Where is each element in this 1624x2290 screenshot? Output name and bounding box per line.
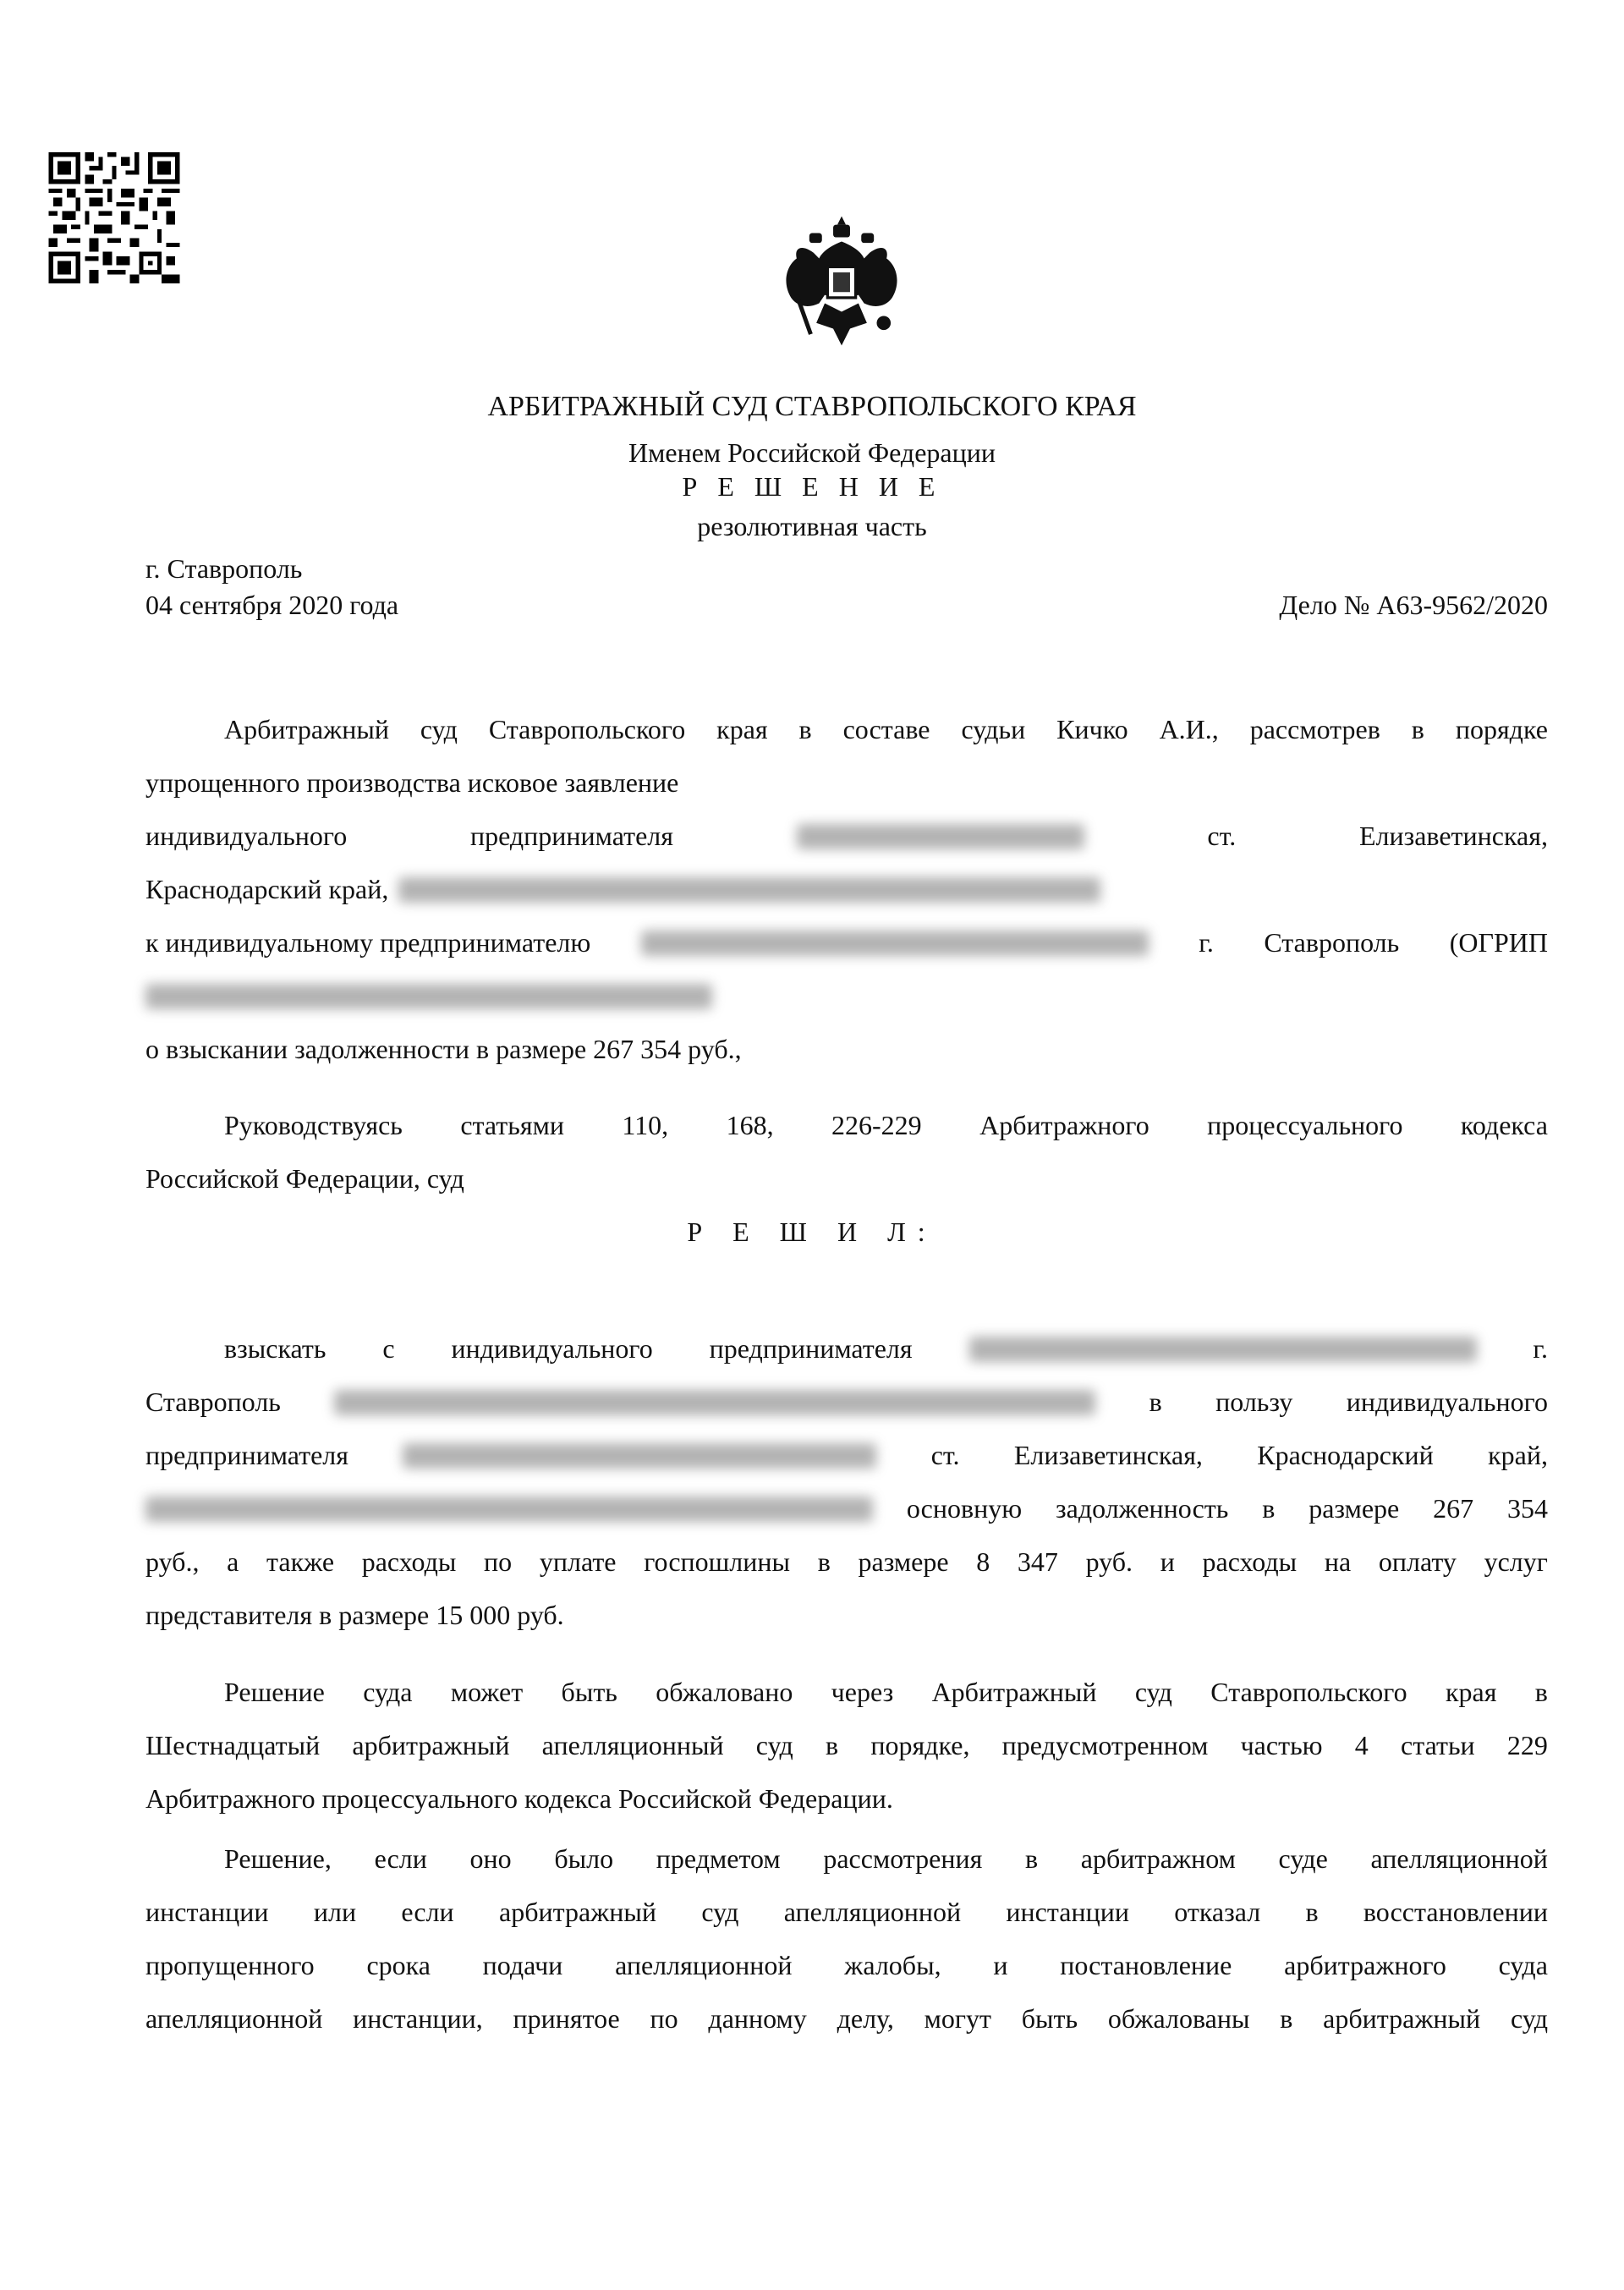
word: апелляционной (1370, 1832, 1547, 1886)
intro-line-5: к индивидуальному предпринимателю г. Ста… (145, 916, 1548, 969)
word: принятое (513, 1992, 619, 2046)
word: и (993, 1939, 1007, 1992)
russian-coat-of-arms-icon (771, 210, 912, 352)
word: арбитражный (1323, 1992, 1480, 2046)
text: предпринимателя (470, 810, 673, 863)
word: апелляционной (145, 1992, 322, 2046)
word: 226-229 (831, 1099, 922, 1152)
redacted-claimant-ids (398, 877, 1100, 903)
intro-line-2: упрощенного производства исковое заявлен… (145, 756, 1548, 810)
word: оплату (1379, 1535, 1457, 1589)
text: в (1262, 1482, 1275, 1535)
cassation-line-2: инстанцииилиеслиарбитражныйсудапелляцион… (145, 1886, 1548, 1939)
word: делу, (837, 1992, 894, 2046)
word: инстанции (1006, 1886, 1129, 1939)
text: представителя в размере 15 000 руб. (145, 1589, 564, 1642)
word: суда (1499, 1939, 1548, 1992)
text: к индивидуальному предпринимателю (145, 916, 590, 969)
ruling-line-6: представителя в размере 15 000 руб. (145, 1589, 1548, 1642)
text: Елизаветинская, (1359, 810, 1548, 863)
qr-code-icon (47, 152, 182, 283)
word: порядке, (870, 1719, 969, 1772)
word: инстанции, (353, 1992, 483, 2046)
word: в (1412, 703, 1424, 756)
cassation-line-4: апелляционнойинстанции,принятоеподанному… (145, 1992, 1548, 2046)
word: процессуального (1207, 1099, 1402, 1152)
word: арбитражный (352, 1719, 509, 1772)
word: если (401, 1886, 453, 1939)
ruling-line-3: предпринимателя ст. Елизаветинская, Крас… (145, 1429, 1548, 1482)
word: арбитражный (499, 1886, 656, 1939)
redacted-claimant-name (797, 824, 1084, 849)
appeal-paragraph: РешениесудаможетбытьобжалованочерезАрбит… (145, 1666, 1548, 1826)
appeal-line-3: Арбитражного процессуального кодекса Рос… (145, 1772, 1548, 1826)
redacted-defendant-ids (145, 984, 712, 1009)
word: или (314, 1886, 356, 1939)
word: по (650, 1992, 678, 2046)
word: суд (701, 1886, 738, 1939)
appeal-line-1: РешениесудаможетбытьобжалованочерезАрбит… (145, 1666, 1548, 1719)
word: арбитражного (1284, 1939, 1446, 1992)
text: Ставрополь (1264, 916, 1399, 969)
word: рассмотрев (1250, 703, 1380, 756)
word: постановление (1060, 1939, 1232, 1992)
text: Елизаветинская, (1014, 1429, 1203, 1482)
text: г. (1199, 916, 1214, 969)
word: Решение (224, 1666, 325, 1719)
word: также (266, 1535, 334, 1589)
ruling-line-5: руб.,атакжерасходыпоуплатегоспошлинывраз… (145, 1535, 1548, 1589)
word: 347 (1018, 1535, 1058, 1589)
word: уплате (540, 1535, 617, 1589)
text: с (382, 1322, 394, 1376)
appeal-line-2: Шестнадцатыйарбитражныйапелляционныйсудв… (145, 1719, 1548, 1772)
word: края (1446, 1666, 1496, 1719)
word: жалобы, (844, 1939, 941, 1992)
word: Арбитражный (932, 1666, 1097, 1719)
text: Краснодарский край, (145, 863, 388, 916)
word: предметом (656, 1832, 781, 1886)
court-name: АРБИТРАЖНЫЙ СУД СТАВРОПОЛЬСКОГО КРАЯ (0, 391, 1624, 423)
text: упрощенного производства исковое заявлен… (145, 756, 678, 810)
cassation-line-3: пропущенногосрокаподачиапелляционнойжало… (145, 1939, 1548, 1992)
word: по (484, 1535, 512, 1589)
word: А.И., (1160, 703, 1219, 756)
word: восстановлении (1363, 1886, 1548, 1939)
word: 229 (1507, 1719, 1548, 1772)
claim-amount-text: о взыскании задолженности в размере 267 … (145, 1023, 742, 1076)
legal-basis-line-2: Российской Федерации, суд (145, 1152, 1548, 1205)
word: расходы (1203, 1535, 1298, 1589)
word: апелляционный (542, 1719, 724, 1772)
word: госпошлины (644, 1535, 790, 1589)
word: было (554, 1832, 613, 1886)
intro-line-3: индивидуального предпринимателя ст. Елиз… (145, 810, 1548, 863)
cassation-line-1: Решение,еслионобылопредметомрассмотрения… (145, 1832, 1548, 1886)
ruling-line-2: Ставрополь в пользу индивидуального (145, 1376, 1548, 1429)
word: руб. (1086, 1535, 1133, 1589)
word: суд (1511, 1992, 1548, 2046)
word: арбитражном (1081, 1832, 1236, 1886)
word: отказал (1174, 1886, 1260, 1939)
word: Решение, (224, 1832, 332, 1886)
word: апелляционной (784, 1886, 961, 1939)
word: срока (366, 1939, 430, 1992)
document-subtype: резолютивная часть (0, 511, 1624, 542)
word: судьи (961, 703, 1025, 756)
case-number: Дело № А63-9562/2020 (1279, 590, 1548, 621)
text: индивидуального (145, 810, 347, 863)
word: в (1025, 1832, 1038, 1886)
redacted-defendant-name (969, 1337, 1477, 1362)
word: составе (843, 703, 930, 756)
word: на (1325, 1535, 1351, 1589)
word: размере (858, 1535, 948, 1589)
word: предусмотренном (1002, 1719, 1209, 1772)
word: суд (420, 703, 458, 756)
word: обжаловано (656, 1666, 793, 1719)
text: индивидуального (451, 1322, 652, 1376)
text: край, (1488, 1429, 1548, 1482)
text: Российской Федерации, суд (145, 1152, 464, 1205)
redacted-defendant-ids (334, 1390, 1095, 1415)
word: в (1280, 1992, 1292, 2046)
text: г. (1533, 1322, 1548, 1376)
cassation-paragraph: Решение,еслионобылопредметомрассмотрения… (145, 1832, 1548, 2046)
text: ст. (1207, 810, 1236, 863)
resolved-heading: Р Е Ш И Л: (0, 1216, 1624, 1248)
word: а (227, 1535, 239, 1589)
word: Арбитражный (224, 703, 389, 756)
word: статьи (1401, 1719, 1475, 1772)
word: Арбитражного (979, 1099, 1149, 1152)
word: рассмотрения (823, 1832, 982, 1886)
text: предпринимателя (145, 1429, 348, 1482)
word: в (799, 703, 812, 756)
ruling-line-1: взыскать с индивидуального предпринимате… (145, 1322, 1548, 1376)
word: данному (708, 1992, 806, 2046)
word: если (375, 1832, 427, 1886)
word: Руководствуясь (224, 1099, 403, 1152)
word: оно (470, 1832, 512, 1886)
intro-paragraph: АрбитражныйсудСтавропольскогокраявсостав… (145, 703, 1548, 1076)
word: суд (1135, 1666, 1172, 1719)
word: 110, (622, 1099, 668, 1152)
word: Шестнадцатый (145, 1719, 320, 1772)
text: размере (1309, 1482, 1399, 1535)
word: может (451, 1666, 523, 1719)
intro-line-6 (145, 969, 1548, 1023)
word: пропущенного (145, 1939, 315, 1992)
word: края (716, 703, 767, 756)
redacted-claimant-name (403, 1443, 876, 1469)
legal-basis-paragraph: Руководствуясьстатьями110,168,226-229Арб… (145, 1099, 1548, 1205)
text: индивидуального (1347, 1376, 1548, 1429)
text: предпринимателя (710, 1322, 913, 1376)
intro-line-1: АрбитражныйсудСтавропольскогокраявсостав… (145, 703, 1548, 756)
word: суде (1279, 1832, 1328, 1886)
word: апелляционной (615, 1939, 792, 1992)
city: г. Ставрополь (145, 553, 302, 585)
word: быть (562, 1666, 617, 1719)
text: взыскать (224, 1322, 326, 1376)
word: 8 (976, 1535, 990, 1589)
word: и (1160, 1535, 1175, 1589)
word: в (818, 1535, 831, 1589)
ruling-line-4: основную задолженность в размере 267 354 (145, 1482, 1548, 1535)
text: задолженность (1056, 1482, 1228, 1535)
legal-basis-line-1: Руководствуясьстатьями110,168,226-229Арб… (145, 1099, 1548, 1152)
word: руб., (145, 1535, 199, 1589)
text: в (1149, 1376, 1162, 1429)
word: порядке (1456, 703, 1548, 756)
redacted-defendant-name (641, 931, 1149, 956)
text: Ставрополь (145, 1376, 281, 1429)
word: могут (924, 1992, 991, 2046)
word: 4 (1355, 1719, 1369, 1772)
decision-date: 04 сентября 2020 года (145, 590, 398, 621)
text: 267 (1433, 1482, 1473, 1535)
document-type: Р Е Ш Е Н И Е (0, 471, 1624, 502)
redacted-claimant-ids (145, 1496, 873, 1522)
intro-line-7: о взыскании задолженности в размере 267 … (145, 1023, 1548, 1076)
word: кодекса (1461, 1099, 1548, 1152)
intro-line-4: Краснодарский край, (145, 863, 1548, 916)
word: в (1305, 1886, 1318, 1939)
text: Арбитражного процессуального кодекса Рос… (145, 1772, 893, 1826)
word: услуг (1484, 1535, 1548, 1589)
text: пользу (1215, 1376, 1292, 1429)
word: обжалованы (1108, 1992, 1250, 2046)
word: суда (363, 1666, 412, 1719)
in-the-name-line: Именем Российской Федерации (0, 437, 1624, 469)
word: частью (1241, 1719, 1323, 1772)
word: инстанции (145, 1886, 269, 1939)
word: суд (756, 1719, 793, 1772)
word: Ставропольского (1210, 1666, 1407, 1719)
text: ст. (931, 1429, 960, 1482)
word: быть (1022, 1992, 1078, 2046)
word: в (1535, 1666, 1548, 1719)
word: в (826, 1719, 838, 1772)
text: основную (907, 1482, 1022, 1535)
text: (ОГРИП (1450, 916, 1548, 969)
word: Кичко (1056, 703, 1127, 756)
ruling-paragraph: взыскать с индивидуального предпринимате… (145, 1322, 1548, 1642)
word: расходы (362, 1535, 457, 1589)
text: 354 (1507, 1482, 1548, 1535)
word: статьями (460, 1099, 564, 1152)
word: Ставропольского (489, 703, 685, 756)
word: через (831, 1666, 894, 1719)
word: 168, (727, 1099, 774, 1152)
word: подачи (483, 1939, 563, 1992)
text: Краснодарский (1257, 1429, 1433, 1482)
